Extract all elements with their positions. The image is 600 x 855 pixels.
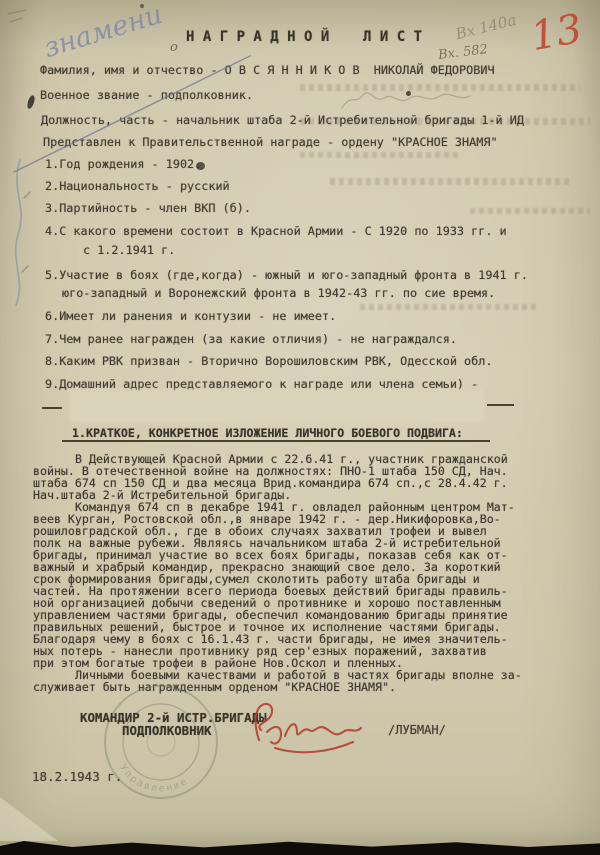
checkmark-pencil <box>22 192 30 272</box>
ink-dot <box>406 91 411 96</box>
corner-pencil-marks <box>8 10 26 22</box>
handwriting-marks <box>0 0 600 855</box>
award-sheet-document: Н А Г Р А Д Н О Й Л И С Т 13 Вх 140а Вх.… <box>0 0 600 855</box>
margin-cursive-scrawl <box>16 160 21 305</box>
ink-dot <box>140 4 144 8</box>
ink-blot <box>196 162 205 170</box>
bottom-left-fold <box>0 797 58 841</box>
blue-diagonal-stroke <box>14 56 250 172</box>
